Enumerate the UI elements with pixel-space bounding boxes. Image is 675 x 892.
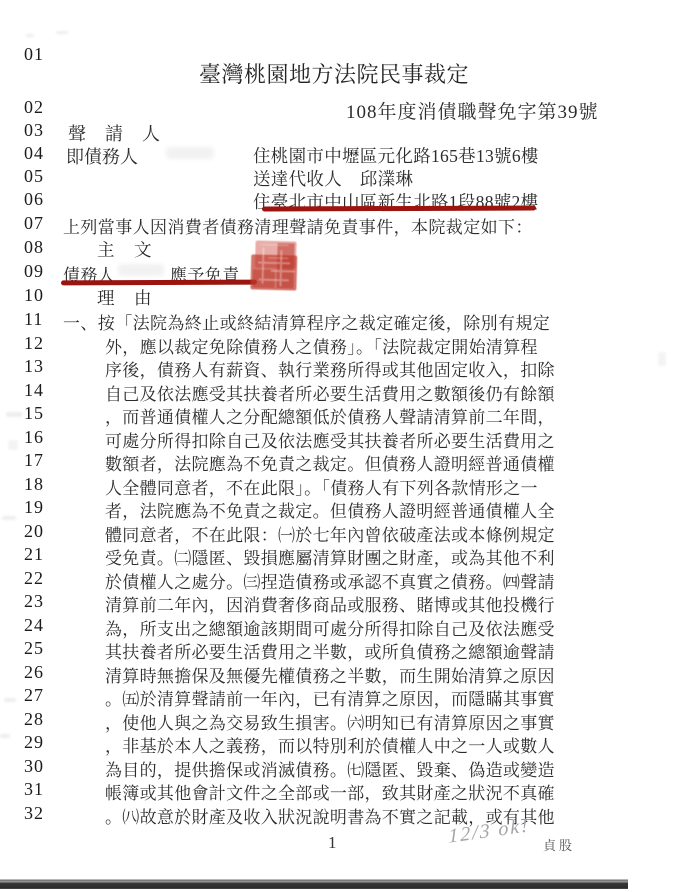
line-number: 20 xyxy=(24,521,44,542)
line-text: 。㈤於清算聲請前一年內，已有清算之原因，而隱瞞其事實 xyxy=(105,685,555,710)
line-number: 17 xyxy=(24,450,44,471)
line-text: 其扶養者所必要生活費用之半數，或所負債務之總額逾聲請 xyxy=(105,638,555,663)
line-text: 體同意者，不在此限：㈠於七年內曾依破產法或本條例規定 xyxy=(105,521,555,546)
line-text: 清算前二年內，因消費奢侈商品或服務、賭博或其他投機行 xyxy=(105,591,555,616)
line-number: 29 xyxy=(24,732,44,753)
document-page: 01臺灣桃園地方法院民事裁定02108年度消債職聲免字第39號03聲 請 人04… xyxy=(0,0,675,892)
line-text: 臺灣桃園地方法院民事裁定 xyxy=(199,58,469,89)
line-number: 14 xyxy=(24,380,44,401)
line-number: 01 xyxy=(24,44,44,65)
line-number: 24 xyxy=(24,615,44,636)
line-number: 07 xyxy=(24,213,44,234)
line-text: 理 由 xyxy=(97,285,153,310)
line-number: 08 xyxy=(24,237,44,258)
line-text: 即債務人 xyxy=(66,143,138,169)
line-text: 108年度消債職聲免字第39號 xyxy=(346,97,599,124)
scan-speck xyxy=(6,412,22,417)
redacted-name-smudge xyxy=(166,147,214,159)
line-text: 住桃園市中壢區元化路165巷13號6樓 xyxy=(253,143,539,168)
line-text: 數額者，法院應為不免責之裁定。但債務人證明經普通債權 xyxy=(105,450,555,475)
line-number: 27 xyxy=(24,685,44,706)
line-number: 03 xyxy=(24,120,44,141)
scan-speck xyxy=(2,516,16,520)
clerk-division-stamp: 貞股 xyxy=(543,835,575,854)
line-number: 11 xyxy=(24,309,43,330)
line-number: 13 xyxy=(24,356,44,377)
line-number: 05 xyxy=(24,166,44,187)
line-text: 外，應以裁定免除債務人之債務」。「法院裁定開始清算程 xyxy=(105,333,538,358)
line-text: 一、按「法院為終止或終結清算程序之裁定確定後，除別有規定 xyxy=(63,309,550,334)
line-text: 清算時無擔保及無優先權債務之半數，而生開始清算之原因 xyxy=(105,662,555,687)
line-text: 序後，債務人有薪資、執行業務所得或其他固定收入，扣除 xyxy=(105,356,555,381)
line-number: 02 xyxy=(24,97,44,118)
line-number: 06 xyxy=(24,189,44,210)
line-number: 30 xyxy=(24,756,44,777)
line-text: 為目的，提供擔保或消滅債務。㈦隱匿、毀棄、偽造或變造 xyxy=(105,756,555,781)
line-number: 31 xyxy=(24,779,44,800)
line-text: 自己及依法應受其扶養者所必要生活費用之數額後仍有餘額 xyxy=(105,380,555,405)
scan-speck xyxy=(0,734,10,738)
line-number: 18 xyxy=(24,474,44,495)
line-number: 10 xyxy=(24,285,44,306)
red-name-seal-stamp xyxy=(249,239,300,292)
line-number: 23 xyxy=(24,591,44,612)
line-number: 26 xyxy=(24,662,44,683)
line-number: 32 xyxy=(24,803,44,824)
line-number: 12 xyxy=(24,333,44,354)
line-text: 送達代收人 邱澲琳 xyxy=(253,166,413,191)
line-text: 主 文 xyxy=(97,237,153,262)
scan-speck xyxy=(8,440,18,450)
red-annotation-underline xyxy=(61,280,257,286)
line-text: ，而普通債權人之分配總額低於債務人聲請清算前二年間， xyxy=(105,403,555,428)
line-number: 09 xyxy=(24,261,44,282)
scan-speck xyxy=(56,31,68,34)
line-number: 22 xyxy=(24,568,44,589)
line-number: 25 xyxy=(24,638,44,659)
line-text: 為，所支出之總額逾該期間可處分所得扣除自己及依法應受 xyxy=(105,615,555,640)
line-text: 帳簿或其他會計文件之全部或一部，致其財產之狀況不真確 xyxy=(105,779,555,804)
page-number: 1 xyxy=(328,833,337,853)
line-number: 04 xyxy=(24,143,44,164)
line-text: ，使他人與之為交易致生損害。㈥明知已有清算原因之事實 xyxy=(105,709,555,734)
seal-graphic xyxy=(249,239,300,292)
line-number: 21 xyxy=(24,544,44,565)
line-number: 16 xyxy=(24,427,44,448)
line-text: 者，法院應為不免責之裁定。但債務人證明經普通債權人全 xyxy=(105,497,555,522)
scan-edge-bar xyxy=(0,878,628,889)
line-text: 受免責。㈡隱匿、毀損應屬清算財團之財產，或為其他不利 xyxy=(105,544,555,569)
red-annotation-underline xyxy=(262,206,536,212)
line-number: 15 xyxy=(24,403,44,424)
line-text: 於債權人之處分。㈢捏造債務或承認不真實之債務。㈣聲請 xyxy=(105,568,555,593)
line-text: 人全體同意者，不在此限」。「債務人有下列各款情形之一 xyxy=(105,474,538,499)
scan-speck xyxy=(658,352,666,366)
line-number: 19 xyxy=(24,497,44,518)
redacted-name-smudge xyxy=(118,264,164,276)
line-text: 可處分所得扣除自己及依法應受其扶養者所必要生活費用之 xyxy=(105,427,555,452)
line-text: ，非基於本人之義務，而以特別利於債權人中之一人或數人 xyxy=(105,732,555,757)
scan-speck xyxy=(26,34,34,37)
line-text: 上列當事人因消費者債務清理聲請免責事件，本院裁定如下： xyxy=(63,213,533,238)
line-number: 28 xyxy=(24,709,44,730)
scan-speck xyxy=(4,698,16,702)
